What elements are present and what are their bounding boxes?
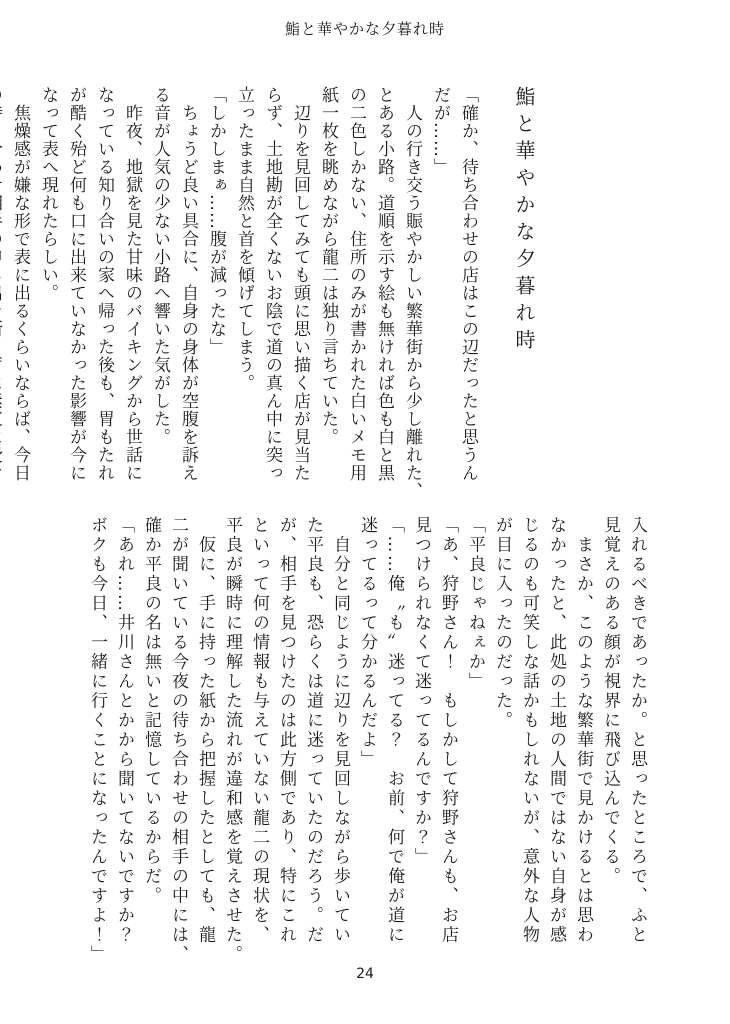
text-line: らず、土地勘が全くないお陰で道の真ん中に突っ — [258, 86, 286, 500]
text-line: じるのも可笑しな話かもしれないが、意外な人物 — [515, 516, 542, 968]
document-page: 鮨と華やかな夕暮れ時 鮨と華やかな夕暮れ時 「確か、待ち合わせの店はこの辺だった… — [0, 0, 730, 1024]
text-line: 「確か、待ち合わせの店はこの辺だったと思うん — [454, 86, 482, 500]
text-line: まさか、このような繁華街で見かけるとは思わ — [569, 516, 596, 968]
lower-text-block: 入れるべきであったか。と思ったところで、ふと見覚えのある顔が視界に飛び込んでくる… — [83, 516, 650, 968]
text-line: といって何の情報も与えていない龍二の現状を、 — [245, 516, 272, 968]
text-line: が酷く殆ど何も口に出来ていなかった影響が今に — [62, 86, 90, 500]
text-line: 「……俺〝も〟迷ってる？ お前、何で俺が道に — [380, 516, 407, 968]
text-line: だが……」 — [426, 86, 454, 500]
text-line: る音が人気の少ない小路へ響いた気がした。 — [146, 86, 174, 500]
text-line: の待ち合わせ相手の申し出を断らずに素直に受け — [0, 86, 6, 500]
text-line: 二が聞いている今夜の待ち合わせの相手の中には、 — [164, 516, 191, 968]
text-line: なって表へ現れたらしい。 — [34, 86, 62, 500]
text-line: 迷ってるって分かるんだよ」 — [353, 516, 380, 968]
text-line: 仮に、手に持った紙から把握したとしても、龍 — [191, 516, 218, 968]
text-line: 平良が瞬時に理解した流れが違和感を覚えさせた。 — [218, 516, 245, 968]
text-line: の二色しかない、住所のみが書かれた白いメモ用 — [342, 86, 370, 500]
text-line: 入れるべきであったか。と思ったところで、ふと — [623, 516, 650, 968]
text-line: 「平良じゃねぇか」 — [461, 516, 488, 968]
text-line: 辺りを見回してみても頭に思い描く店が見当た — [286, 86, 314, 500]
section-title-vertical: 鮨と華やかな夕暮れ時 — [508, 86, 640, 500]
text-line: 立ったまま自然と首を傾げてしまう。 — [230, 86, 258, 500]
text-line: とある小路。道順を示す絵も無ければ色も白と黒 — [370, 86, 398, 500]
text-line: 焦燥感が嫌な形で表に出るくらいならば、今日 — [6, 86, 34, 500]
text-line: が、相手を見つけたのは此方側であり、特にこれ — [272, 516, 299, 968]
text-line: 確か平良の名は無いと記憶しているからだ。 — [137, 516, 164, 968]
text-line: 「あ、狩野さん！ もしかして狩野さんも、お店 — [434, 516, 461, 968]
text-line: 昨夜、地獄を見た甘味のバイキングから世話に — [118, 86, 146, 500]
running-header-title: 鮨と華やかな夕暮れ時 — [0, 18, 730, 39]
text-line: 紙一枚を眺めながら龍二は独り言ちていた。 — [314, 86, 342, 500]
upper-text-block: 鮨と華やかな夕暮れ時 「確か、待ち合わせの店はこの辺だったと思うんだが……」 人… — [0, 86, 640, 500]
text-line: 「しかしまぁ……腹が減ったな」 — [202, 86, 230, 500]
text-line: なかったと、此処の土地の人間ではない自身が感 — [542, 516, 569, 968]
text-line: た平良も、恐らくは道に迷っていたのだろう。だ — [299, 516, 326, 968]
text-line: ちょうど良い具合に、自身の身体が空腹を訴え — [174, 86, 202, 500]
text-line: 人の行き交う賑やかしい繁華街から少し離れた、 — [398, 86, 426, 500]
page-number: 24 — [0, 966, 730, 982]
text-line: 「あれ……井川さんとかから聞いてないですか？ — [110, 516, 137, 968]
text-line: なっている知り合いの家へ帰った後も、胃もたれ — [90, 86, 118, 500]
text-line: 見つけられなくて迷ってるんですか？」 — [407, 516, 434, 968]
text-line: 見覚えのある顔が視界に飛び込んでくる。 — [596, 516, 623, 968]
text-line: が目に入ったのだった。 — [488, 516, 515, 968]
text-line: ボクも今日、一緒に行くことになったんですよ！」 — [83, 516, 110, 968]
text-line: 自分と同じように辺りを見回しながら歩いてい — [326, 516, 353, 968]
